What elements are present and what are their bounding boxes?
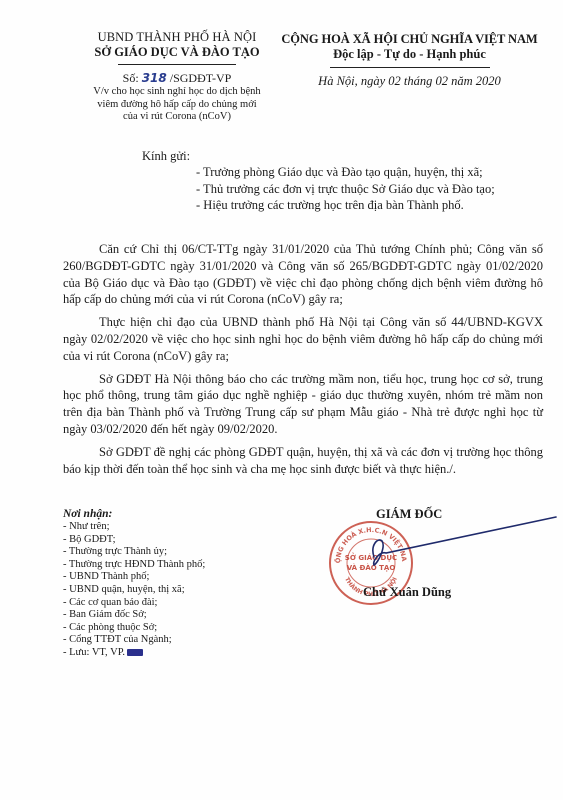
national-motto: Độc lập - Tự do - Hạnh phúc: [272, 47, 547, 62]
recipient-item: - Các phòng thuộc Sở;: [63, 622, 205, 635]
handwritten-signature-icon: [370, 515, 560, 585]
header-right-rule: [330, 67, 490, 68]
national-heading-block: CỘNG HOÀ XÃ HỘI CHỦ NGHĨA VIỆT NAM Độc l…: [272, 32, 547, 89]
recipient-item: - Cổng TTĐT của Ngành;: [63, 634, 205, 647]
header-left-rule: [118, 64, 236, 65]
addressee-list: - Trưởng phòng Giáo dục và Đào tạo quận,…: [196, 164, 495, 214]
subject-line: của vi rút Corona (nCoV): [62, 111, 292, 124]
document-page: UBND THÀNH PHỐ HÀ NỘI SỞ GIÁO DỤC VÀ ĐÀO…: [0, 0, 563, 800]
doc-number-label: Số:: [123, 71, 139, 85]
document-body: Căn cứ Chỉ thị 06/CT-TTg ngày 31/01/2020…: [63, 241, 543, 483]
recipient-item: - UBND quận, huyện, thị xã;: [63, 584, 205, 597]
body-paragraph: Sở GDĐT Hà Nội thông báo cho các trường …: [63, 371, 543, 438]
archive-line: - Lưu: VT, VP.: [63, 647, 125, 658]
issuing-authority-block: UBND THÀNH PHỐ HÀ NỘI SỞ GIÁO DỤC VÀ ĐÀO…: [62, 30, 292, 124]
recipients-title: Nơi nhận:: [63, 507, 205, 521]
addressee-label: Kính gửi:: [142, 149, 190, 164]
subject-line: viêm đường hô hấp cấp do chủng mới: [62, 99, 292, 112]
recipient-item: - Như trên;: [63, 521, 205, 534]
recipient-item: - Thường trực Thành ủy;: [63, 546, 205, 559]
department-name: SỞ GIÁO DỤC VÀ ĐÀO TẠO: [62, 45, 292, 60]
nation-title: CỘNG HOÀ XÃ HỘI CHỦ NGHĨA VIỆT NAM: [272, 32, 547, 47]
recipient-item: - UBND Thành phố;: [63, 571, 205, 584]
body-paragraph: Sở GDĐT đề nghị các phòng GDĐT quận, huy…: [63, 444, 543, 478]
body-paragraph: Căn cứ Chỉ thị 06/CT-TTg ngày 31/01/2020…: [63, 241, 543, 308]
addressee-item: - Thủ trưởng các đơn vị trực thuộc Sở Gi…: [196, 181, 495, 198]
recipients-block: Nơi nhận: - Như trên; - Bộ GDĐT; - Thườn…: [63, 507, 205, 660]
doc-number-suffix: /SGDĐT-VP: [170, 71, 232, 85]
recipient-item: - Lưu: VT, VP.: [63, 647, 205, 660]
doc-number-handwritten: 318: [142, 71, 167, 85]
subject-line: V/v cho học sinh nghỉ học do dịch bệnh: [62, 86, 292, 99]
recipient-item: - Thường trực HĐND Thành phố;: [63, 559, 205, 572]
authority-name: UBND THÀNH PHỐ HÀ NỘI: [62, 30, 292, 45]
recipient-item: - Ban Giám đốc Sở;: [63, 609, 205, 622]
signer-name: Chử Xuân Dũng: [363, 585, 451, 600]
body-paragraph: Thực hiện chỉ đạo của UBND thành phố Hà …: [63, 314, 543, 364]
recipient-item: - Các cơ quan báo đài;: [63, 597, 205, 610]
recipient-item: - Bộ GDĐT;: [63, 534, 205, 547]
addressee-item: - Hiệu trưởng các trường học trên địa bà…: [196, 197, 495, 214]
addressee-item: - Trưởng phòng Giáo dục và Đào tạo quận,…: [196, 164, 495, 181]
document-subject: V/v cho học sinh nghỉ học do dịch bệnh v…: [62, 86, 292, 124]
document-number: Số: 318 /SGDĐT-VP: [62, 71, 292, 85]
handwritten-initials-mark: [127, 649, 143, 656]
place-and-date: Hà Nội, ngày 02 tháng 02 năm 2020: [272, 74, 547, 89]
